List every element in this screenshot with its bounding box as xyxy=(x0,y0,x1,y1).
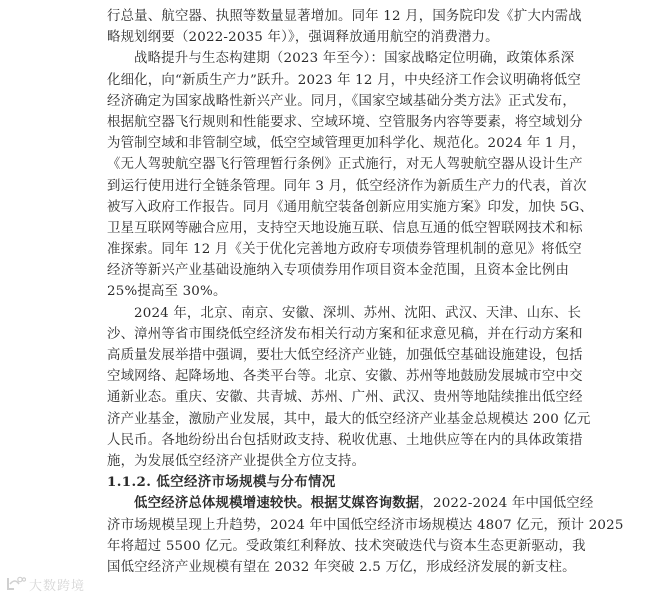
text-line: 《无人驾驶航空器飞行管理暂行条例》正式施行，对无人驾驶航空器从设计生产 xyxy=(107,154,554,175)
text-line: 经济等新兴产业基础设施纳入专项债券用作项目资本金范围，且资本金比例由 xyxy=(107,260,554,281)
text-line: 通新业态。重庆、安徽、共青城、苏州、广州、武汉、贵州等地陆续推出低空经 xyxy=(107,387,554,408)
section-heading: 1.1.2. 低空经济市场规模与分布情况 xyxy=(107,472,554,493)
text-line: 为管制空域和非管制空域，低空空域管理更加科学化、规范化。2024 年 1 月， xyxy=(107,133,554,154)
text-line: 济市场规模呈现上升趋势，2024 年中国低空经济市场规模达 4807 亿元，预计… xyxy=(107,515,554,536)
text-line: 施，为发展低空经济产业提供全方位支持。 xyxy=(107,451,554,472)
policy-history-paragraphs: 行总量、航空器、执照等数量显著增加。同年 12 月，国务院印发《扩大内需战略规划… xyxy=(107,6,554,472)
market-paragraph-lead-rest: ，2022-2024 年中国低空经 xyxy=(419,496,593,511)
text-line: 2024 年，北京、南京、安徽、深圳、苏州、沈阳、武汉、天津、山东、长 xyxy=(107,303,554,324)
text-line: 化细化，向“新质生产力”跃升。2023 年 12 月，中央经济工作会议明确将低空 xyxy=(107,70,554,91)
logo-icon xyxy=(6,576,26,592)
watermark: 大数跨境 xyxy=(6,574,85,594)
text-line: 国低空经济产业规模有望在 2032 年突破 2.5 万亿，形成经济发展的新支柱。 xyxy=(107,557,554,578)
text-line: 25%提高至 30%。 xyxy=(107,281,554,302)
watermark-text: 大数跨境 xyxy=(29,575,85,594)
text-line: 到运行使用进行全链条管理。同年 3 月，低空经济作为新质生产力的代表，首次 xyxy=(107,176,554,197)
market-paragraph-body: 济市场规模呈现上升趋势，2024 年中国低空经济市场规模达 4807 亿元，预计… xyxy=(107,515,554,579)
text-line: 济产业基金，激励产业发展，其中，最大的低空经济产业基金总规模达 200 亿元 xyxy=(107,409,554,430)
text-line: 人民币。各地纷纷出台包括财政支持、税收优惠、土地供应等在内的具体政策措 xyxy=(107,430,554,451)
text-line: 经济确定为国家战略性新兴产业。同月，《国家空域基础分类方法》正式发布， xyxy=(107,91,554,112)
text-line: 略规划纲要（2022-2035 年）》，强调释放通用航空的消费潜力。 xyxy=(107,27,554,48)
market-paragraph-lead: 低空经济总体规模增速较快。根据艾媒咨询数据 xyxy=(134,495,419,511)
text-line: 空域网络、起降场地、各类平台等。北京、安徽、苏州等地鼓励发展城市空中交 xyxy=(107,366,554,387)
text-line: 准探索。同年 12 月《关于优化完善地方政府专项债券管理机制的意见》将低空 xyxy=(107,239,554,260)
text-line: 行总量、航空器、执照等数量显著增加。同年 12 月，国务院印发《扩大内需战 xyxy=(107,6,554,27)
text-line: 年将超过 5500 亿元。受政策红利释放、技术突破迭代与资本生态更新驱动，我 xyxy=(107,536,554,557)
text-line: 沙、漳州等省市围绕低空经济发布相关行动方案和征求意见稿，并在行动方案和 xyxy=(107,324,554,345)
document-page: 行总量、航空器、执照等数量显著增加。同年 12 月，国务院印发《扩大内需战略规划… xyxy=(107,6,554,578)
text-line: 被写入政府工作报告。同月《通用航空装备创新应用实施方案》印发，加快 5G、 xyxy=(107,197,554,218)
text-line: 战略提升与生态构建期（2023 年至今）：国家战略定位明确，政策体系深 xyxy=(107,48,554,69)
text-line: 卫星互联网等融合应用，支持空天地设施互联、信息互通的低空智联网技术和标 xyxy=(107,218,554,239)
text-line: 根据航空器飞行规则和性能要求、空域环境、空管服务内容等要素，将空域划分 xyxy=(107,112,554,133)
market-paragraph-first-line: 低空经济总体规模增速较快。根据艾媒咨询数据，2022-2024 年中国低空经 xyxy=(107,493,554,514)
text-line: 高质量发展举措中强调，要壮大低空经济产业链，加强低空基础设施建设，包括 xyxy=(107,345,554,366)
